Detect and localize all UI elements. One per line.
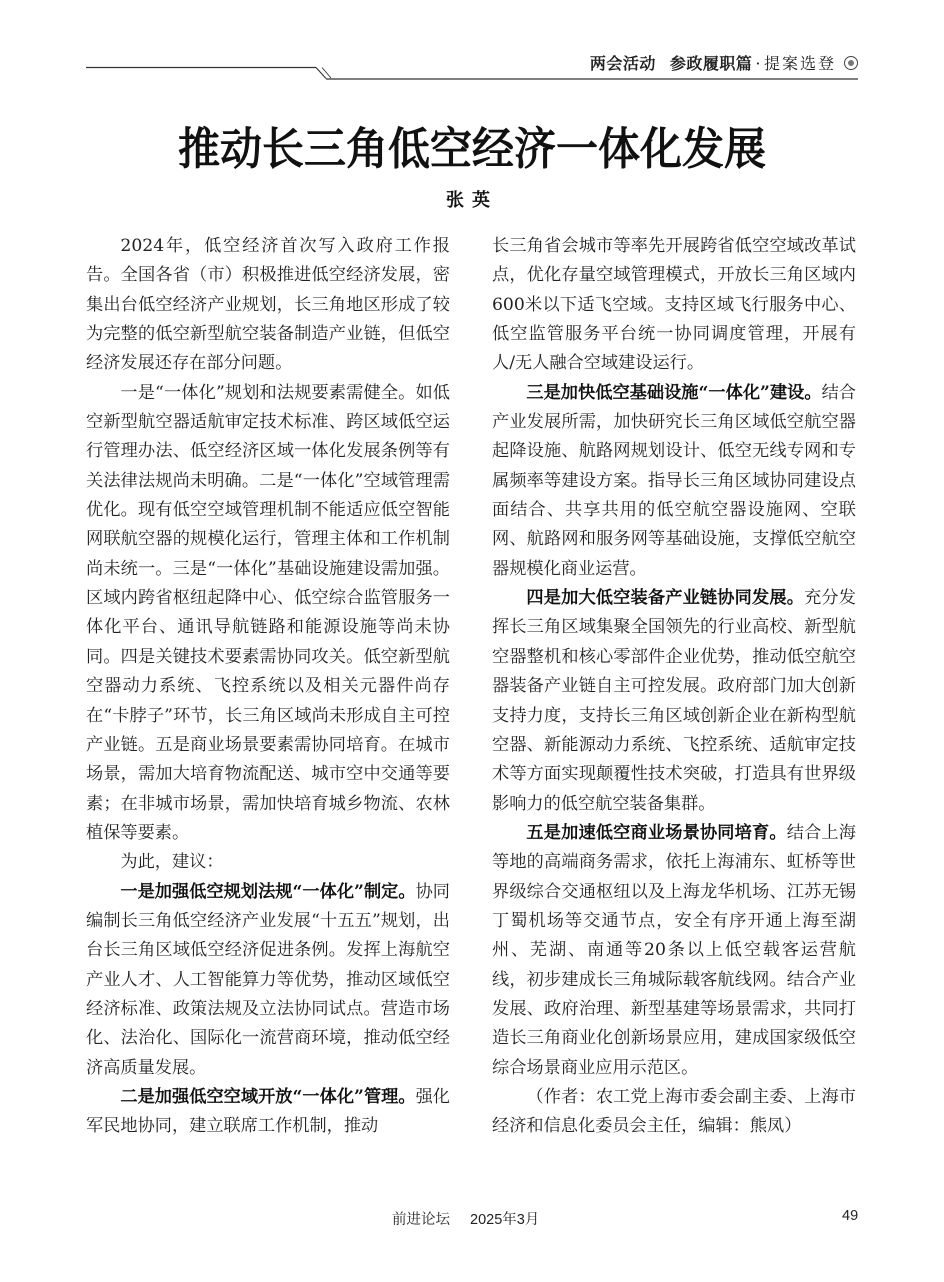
article-title: 推动长三角低空经济一体化发展 (0, 115, 944, 178)
paragraph-text: （作者：农工党上海市委会副主委、上海市经济和信息化委员会主任，编辑：熊凤） (492, 1087, 856, 1136)
paragraph: （作者：农工党上海市委会副主委、上海市经济和信息化委员会主任，编辑：熊凤） (492, 1083, 856, 1142)
paragraph-text: 一是“一体化”规划和法规要素需健全。如低空新型航空器适航审定技术标准、跨区域低空… (86, 383, 450, 843)
header-separator: · (755, 54, 761, 73)
issue-date: 2025年3月 (470, 1208, 539, 1229)
right-column: 长三角省会城市等率先开展跨省低空空域改革试点，优化存量空域管理模式，开放长三角区… (492, 232, 856, 1142)
paragraph: 四是加大低空装备产业链协同发展。充分发挥长三角区域集聚全国领先的行业高校、新型航… (492, 584, 856, 819)
running-header: 两会活动参政履职篇·提案选登 (590, 51, 858, 74)
paragraph-text: 结合上海等地的高端商务需求，依托上海浦东、虹桥等世界级综合交通枢纽以及上海龙华机… (492, 823, 856, 1078)
page-number: 49 (842, 1208, 858, 1224)
paragraph: 2024年，低空经济首次写入政府工作报告。全国各省（市）积极推进低空经济发展，密… (86, 232, 450, 379)
paragraph: 一是“一体化”规划和法规要素需健全。如低空新型航空器适航审定技术标准、跨区域低空… (86, 379, 450, 849)
target-circle-icon (844, 56, 858, 70)
paragraph-text: 2024年，低空经济首次写入政府工作报告。全国各省（市）积极推进低空经济发展，密… (86, 236, 450, 373)
paragraph: 长三角省会城市等率先开展跨省低空空域改革试点，优化存量空域管理模式，开放长三角区… (492, 232, 856, 379)
paragraph: 一是加强低空规划法规“一体化”制定。协同编制长三角低空经济产业发展“十五五”规划… (86, 878, 450, 1083)
paragraph-lead: 五是加速低空商业场景协同培育。 (526, 823, 786, 843)
article-author: 张英 (0, 186, 944, 212)
paragraph: 二是加强低空空域开放“一体化”管理。强化军民地协同，建立联席工作机制，推动 (86, 1083, 450, 1142)
paragraph: 为此，建议： (86, 848, 450, 877)
paragraph: 五是加速低空商业场景协同培育。结合上海等地的高端商务需求，依托上海浦东、虹桥等世… (492, 819, 856, 1083)
header-section: 两会活动 (590, 54, 656, 73)
paragraph-text: 充分发挥长三角区域集聚全国领先的行业高校、新型航空器整机和核心零部件企业优势，推… (492, 588, 856, 813)
header-subcategory: 提案选登 (764, 54, 836, 73)
header-category: 参政履职篇 (670, 54, 753, 73)
paragraph-text: 为此，建议： (120, 852, 223, 872)
paragraph-lead: 四是加大低空装备产业链协同发展。 (526, 588, 804, 608)
paragraph-text: 结合产业发展所需，加快研究长三角区域低空航空器起降设施、航路网规划设计、低空无线… (492, 383, 856, 579)
paragraph: 三是加快低空基础设施“一体化”建设。结合产业发展所需，加快研究长三角区域低空航空… (492, 379, 856, 584)
left-column: 2024年，低空经济首次写入政府工作报告。全国各省（市）积极推进低空经济发展，密… (86, 232, 450, 1142)
magazine-name: 前进论坛 (392, 1208, 450, 1229)
paragraph-lead: 三是加快低空基础设施“一体化”建设。 (526, 383, 821, 403)
paragraph-lead: 一是加强低空规划法规“一体化”制定。 (120, 882, 415, 902)
paragraph-text: 长三角省会城市等率先开展跨省低空空域改革试点，优化存量空域管理模式，开放长三角区… (492, 236, 856, 373)
paragraph-lead: 二是加强低空空域开放“一体化”管理。 (120, 1087, 415, 1107)
paragraph-text: 协同编制长三角低空经济产业发展“十五五”规划，出台长三角区域低空经济促进条例。发… (86, 882, 450, 1078)
